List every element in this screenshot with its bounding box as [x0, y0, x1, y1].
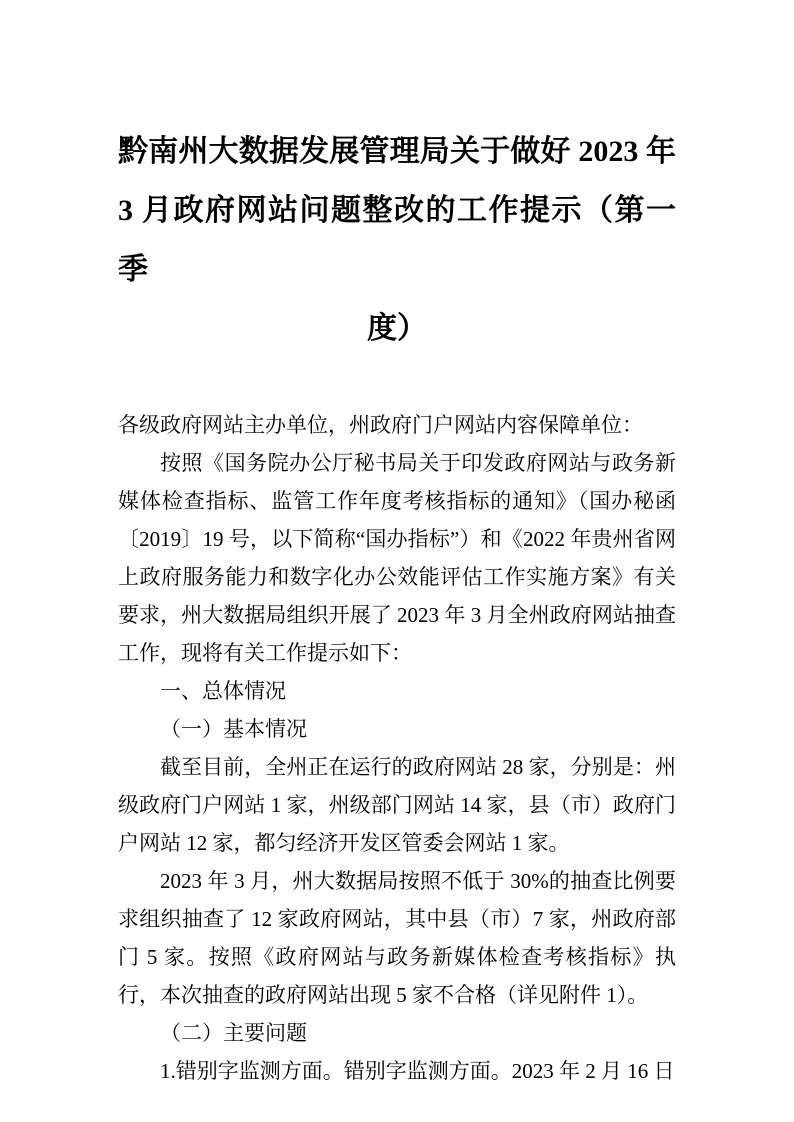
- heading-main-problems: （二）主要问题: [118, 1014, 676, 1052]
- paragraph-typo-monitoring: 1.错别字监测方面。错别字监测方面。2023 年 2 月 16 日: [118, 1052, 676, 1090]
- paragraph-website-counts: 截至目前，全州正在运行的政府网站 28 家，分别是：州级政府门户网站 1 家，州…: [118, 748, 676, 862]
- document-title: 黔南州大数据发展管理局关于做好 2023 年 3 月政府网站问题整改的工作提示（…: [118, 122, 676, 358]
- title-line-1: 黔南州大数据发展管理局关于做好 2023 年: [118, 122, 676, 181]
- paragraph-intro: 按照《国务院办公厅秘书局关于印发政府网站与政务新媒体检查指标、监管工作年度考核指…: [118, 444, 676, 672]
- document-page: 黔南州大数据发展管理局关于做好 2023 年 3 月政府网站问题整改的工作提示（…: [0, 0, 794, 1122]
- heading-overall-situation: 一、总体情况: [118, 672, 676, 710]
- salutation-line: 各级政府网站主办单位，州政府门户网站内容保障单位：: [118, 406, 676, 444]
- title-line-3: 度）: [118, 299, 676, 358]
- document-body: 各级政府网站主办单位，州政府门户网站内容保障单位： 按照《国务院办公厅秘书局关于…: [118, 406, 676, 1090]
- title-line-2: 3 月政府网站问题整改的工作提示（第一季: [118, 181, 676, 299]
- paragraph-spot-check: 2023 年 3 月，州大数据局按照不低于 30%的抽查比例要求组织抽查了 12…: [118, 862, 676, 1014]
- heading-basic-situation: （一）基本情况: [118, 710, 676, 748]
